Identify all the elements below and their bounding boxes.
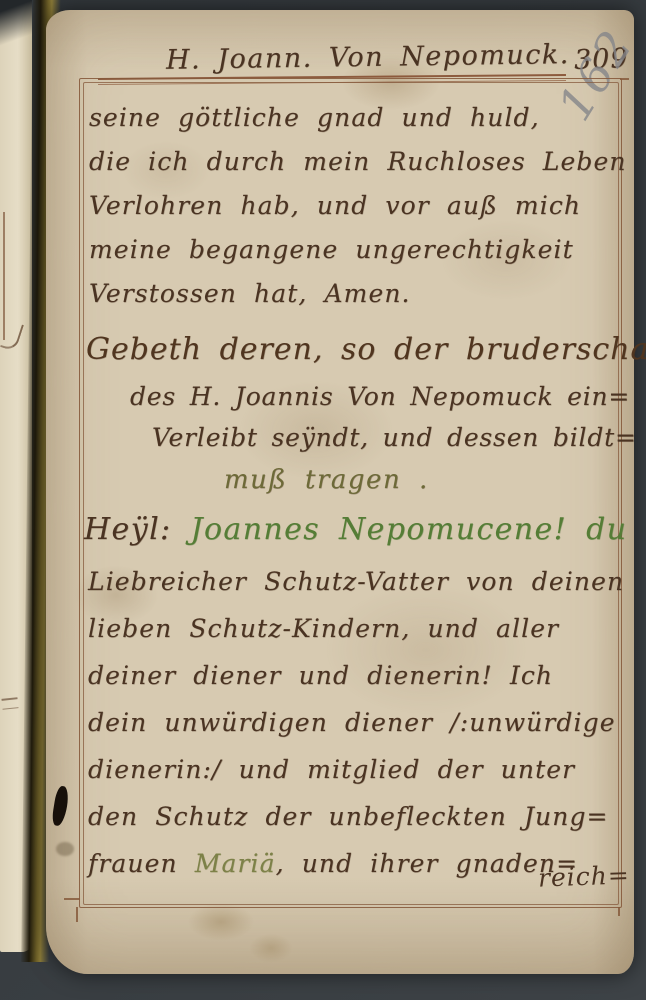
text-line: meine begangene ungerechtigkeit (89, 228, 627, 272)
scanned-manuscript-photo: H. Joann. Von Nepomuck. 309 162 seine gö… (0, 0, 646, 1000)
frame-corner-overshoot (64, 898, 80, 900)
text-line: den Schutz der unbefleckten Jung= (88, 793, 624, 840)
catchword: reich= (538, 860, 631, 892)
text-line: die ich durch mein Ruchloses Leben (89, 140, 627, 184)
text-line: Verstossen hat, Amen. (89, 272, 627, 316)
saint-name-green-ink: Joannes Nepomucene! du (191, 512, 628, 547)
adjacent-page-frame-line (3, 212, 5, 340)
last-line-prefix: frauen (88, 849, 195, 878)
prayer-section-heading: Gebeth deren, so der bruderschafft des H… (86, 324, 646, 502)
text-line: dienerin:/ und mitglied der unter (88, 746, 624, 793)
page-edge-shadow (0, 0, 32, 54)
adjacent-page-writing-mark (1, 697, 18, 710)
text-line: Verlohren hab, und vor auß mich (89, 184, 627, 228)
text-line: deiner diener und dienerin! Ich (88, 652, 624, 699)
ink-stain (56, 842, 74, 856)
running-header-title: H. Joann. Von Nepomuck. (166, 39, 566, 76)
invocation-line: Heÿl: Joannes Nepomucene! du (84, 502, 627, 558)
invocation-prefix: Heÿl: (84, 512, 191, 547)
text-line: lieben Schutz-Kindern, und aller (88, 605, 624, 652)
prayer-body: Liebreicher Schutz-Vatter von deinen lie… (88, 558, 624, 887)
heading-line: Gebeth deren, so der bruderschafft (86, 324, 646, 376)
frame-corner-overshoot (620, 78, 629, 80)
manuscript-page: H. Joann. Von Nepomuck. 309 162 seine gö… (46, 10, 634, 974)
mary-name-green-ink: Mariä (195, 849, 276, 878)
ink-blot (51, 785, 70, 827)
text-line: Liebreicher Schutz-Vatter von deinen (88, 558, 624, 605)
closing-prayer-paragraph: seine göttliche gnad und huld, die ich d… (89, 96, 627, 316)
heading-line: muß tragen . (224, 458, 646, 502)
frame-corner-overshoot (618, 907, 620, 916)
heading-line: Verleibt seÿndt, und dessen bildt= (152, 417, 646, 458)
last-line-suffix: , und ihrer gnaden= (276, 849, 579, 878)
frame-corner-overshoot (76, 907, 78, 922)
text-line: seine göttliche gnad und huld, (89, 96, 627, 140)
text-line: dein unwürdigen diener /:unwürdige (88, 699, 624, 746)
heading-line: des H. Joannis Von Nepomuck ein= (130, 376, 646, 417)
